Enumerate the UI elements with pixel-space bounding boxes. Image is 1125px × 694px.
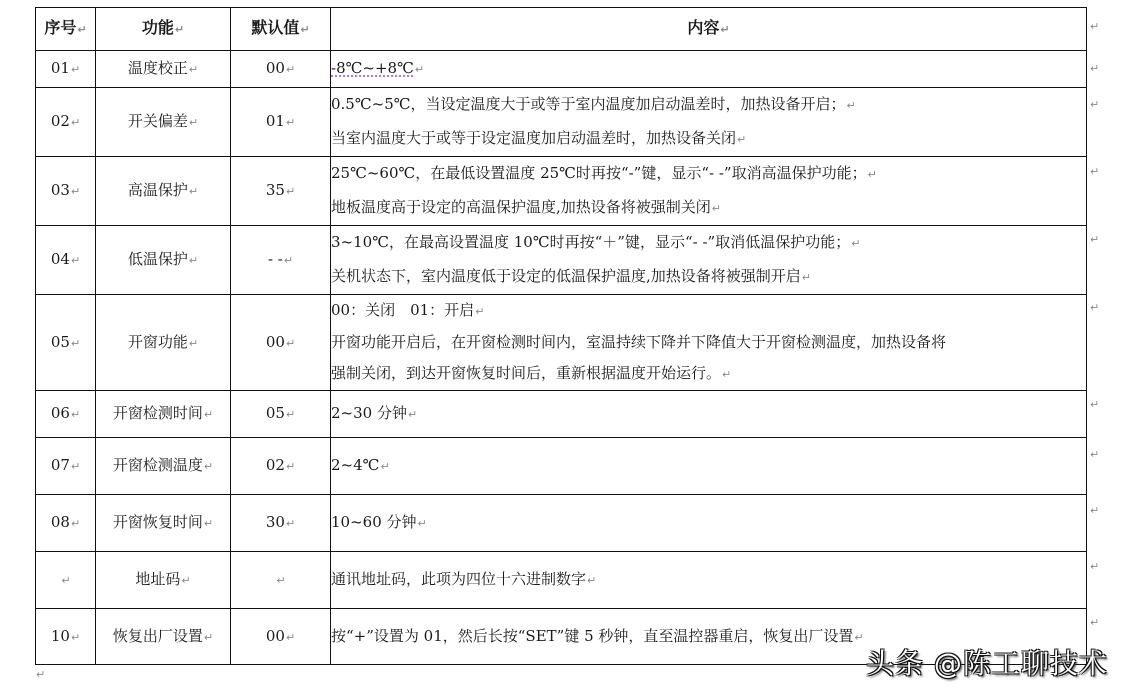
cell-no: 10↵: [36, 609, 96, 665]
header-function: 功能↵: [96, 8, 231, 51]
cell-content: -8℃~+8℃↵: [331, 51, 1087, 88]
header-default: 默认值↵: [231, 8, 331, 51]
header-content: 内容↵: [331, 8, 1087, 51]
cell-default: 00↵: [231, 295, 331, 391]
cell-default: 00↵: [231, 609, 331, 665]
row-end-mark: ↵: [1090, 62, 1099, 75]
cell-function: 开窗功能↵: [96, 295, 231, 391]
table-row: 02↵ 开关偏差↵ 01↵ 0.5℃~5℃，当设定温度大于或等于室内温度加启动温…: [36, 88, 1087, 157]
row-end-mark: ↵: [1090, 616, 1099, 629]
cell-function: 高温保护↵: [96, 157, 231, 226]
row-end-mark: ↵: [1090, 301, 1099, 314]
table-row: 01↵ 温度校正↵ 00↵ -8℃~+8℃↵: [36, 51, 1087, 88]
row-end-mark: ↵: [1090, 448, 1099, 461]
cell-content: 25℃~60℃，在最低设置温度 25℃时再按“-”键，显示“- -”取消高温保护…: [331, 157, 1087, 226]
row-end-mark: ↵: [1090, 398, 1099, 411]
cell-function: 地址码↵: [96, 552, 231, 609]
table-row: 08↵ 开窗恢复时间↵ 30↵ 10~60 分钟↵: [36, 495, 1087, 552]
cell-default: 01↵: [231, 88, 331, 157]
cell-function: 开窗检测时间↵: [96, 391, 231, 438]
cell-function: 开窗恢复时间↵: [96, 495, 231, 552]
cell-function: 低温保护↵: [96, 226, 231, 295]
row-end-mark: ↵: [1090, 504, 1099, 517]
cell-no: 07↵: [36, 438, 96, 495]
table-header-row: 序号↵ 功能↵ 默认值↵ 内容↵: [36, 8, 1087, 51]
cell-no: 02↵: [36, 88, 96, 157]
table-row: 04↵ 低温保护↵ - -↵ 3~10℃，在最高设置温度 10℃时再按“＋”键，…: [36, 226, 1087, 295]
watermark: 头条 @陈工聊技术: [866, 642, 1108, 682]
cell-function: 恢复出厂设置↵: [96, 609, 231, 665]
cell-content: 2~4℃↵: [331, 438, 1087, 495]
cell-no: ↵: [36, 552, 96, 609]
table-row: ↵ 地址码↵ ↵ 通讯地址码，此项为四位十六进制数字↵: [36, 552, 1087, 609]
cell-no: 06↵: [36, 391, 96, 438]
cell-function: 开关偏差↵: [96, 88, 231, 157]
cell-content: 通讯地址码，此项为四位十六进制数字↵: [331, 552, 1087, 609]
document-end-mark: ↵: [36, 668, 45, 681]
row-end-mark: ↵: [1090, 560, 1099, 573]
cell-default: 00↵: [231, 51, 331, 88]
cell-no: 01↵: [36, 51, 96, 88]
cell-content: 3~10℃，在最高设置温度 10℃时再按“＋”键，显示“- -”取消低温保护功能…: [331, 226, 1087, 295]
table-row: 07↵ 开窗检测温度↵ 02↵ 2~4℃↵: [36, 438, 1087, 495]
table-row: 03↵ 高温保护↵ 35↵ 25℃~60℃，在最低设置温度 25℃时再按“-”键…: [36, 157, 1087, 226]
table-row: 05↵ 开窗功能↵ 00↵ 00：关闭 01：开启↵ 开窗功能开启后，在开窗检测…: [36, 295, 1087, 391]
cell-content: 0.5℃~5℃，当设定温度大于或等于室内温度加启动温差时，加热设备开启；↵ 当室…: [331, 88, 1087, 157]
cell-no: 05↵: [36, 295, 96, 391]
row-end-mark: ↵: [1090, 98, 1099, 111]
cell-default: 02↵: [231, 438, 331, 495]
row-end-mark: ↵: [1090, 20, 1099, 33]
row-end-mark: ↵: [1090, 165, 1099, 178]
cell-default: ↵: [231, 552, 331, 609]
cell-no: 04↵: [36, 226, 96, 295]
parameter-table: 序号↵ 功能↵ 默认值↵ 内容↵ 01↵ 温度校正↵ 00↵ -8℃~+8℃↵ …: [35, 7, 1087, 665]
cell-default: 05↵: [231, 391, 331, 438]
cell-function: 开窗检测温度↵: [96, 438, 231, 495]
cell-no: 03↵: [36, 157, 96, 226]
cell-no: 08↵: [36, 495, 96, 552]
table-row: 06↵ 开窗检测时间↵ 05↵ 2~30 分钟↵: [36, 391, 1087, 438]
cell-function: 温度校正↵: [96, 51, 231, 88]
cell-content: 10~60 分钟↵: [331, 495, 1087, 552]
cell-default: 35↵: [231, 157, 331, 226]
cell-content: 00：关闭 01：开启↵ 开窗功能开启后，在开窗检测时间内，室温持续下降并下降值…: [331, 295, 1087, 391]
row-end-mark: ↵: [1090, 233, 1099, 246]
cell-default: 30↵: [231, 495, 331, 552]
header-no: 序号↵: [36, 8, 96, 51]
cell-default: - -↵: [231, 226, 331, 295]
cell-content: 2~30 分钟↵: [331, 391, 1087, 438]
